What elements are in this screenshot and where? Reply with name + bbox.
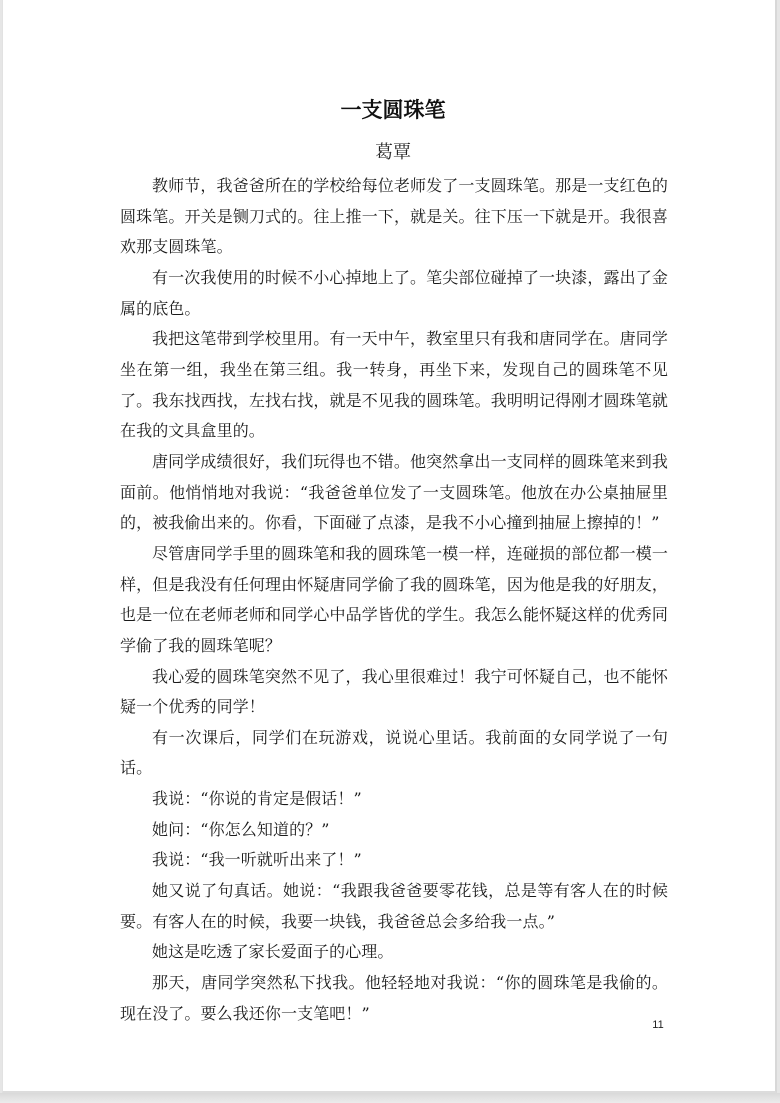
paragraph: 教师节，我爸爸所在的学校给每位老师发了一支圆珠笔。那是一支红色的圆珠笔。开关是铡… <box>120 171 668 263</box>
paragraph: 那天，唐同学突然私下找我。他轻轻地对我说：“你的圆珠笔是我偷的。现在没了。要么我… <box>120 968 668 1029</box>
author-name: 葛覃 <box>3 141 780 165</box>
paragraph: 她又说了句真话。她说：“我跟我爸爸要零花钱，总是等有客人在的时候要。有客人在的时… <box>120 876 668 937</box>
paragraph: 有一次我使用的时候不小心掉地上了。笔尖部位碰掉了一块漆，露出了金属的底色。 <box>120 263 668 324</box>
paragraph: 尽管唐同学手里的圆珠笔和我的圆珠笔一模一样，连碰损的部位都一模一样，但是我没有任… <box>120 539 668 662</box>
paragraph: 有一次课后，同学们在玩游戏，说说心里话。我前面的女同学说了一句话。 <box>120 723 668 784</box>
paragraph: 她问：“你怎么知道的？” <box>120 815 668 846</box>
paragraph: 唐同学成绩很好，我们玩得也不错。他突然拿出一支同样的圆珠笔来到我面前。他悄悄地对… <box>120 447 668 539</box>
paragraph: 我把这笔带到学校里用。有一天中午，教室里只有我和唐同学在。唐同学坐在第一组，我坐… <box>120 324 668 447</box>
page-bottom-shadow <box>0 1093 780 1103</box>
paragraph: 我说：“你说的肯定是假话！” <box>120 784 668 815</box>
page-number: 11 <box>643 1017 673 1033</box>
document-title: 一支圆珠笔 <box>3 96 780 124</box>
paragraph: 我心爱的圆珠笔突然不见了，我心里很难过！我宁可怀疑自己，也不能怀疑一个优秀的同学… <box>120 662 668 723</box>
document-body: 教师节，我爸爸所在的学校给每位老师发了一支圆珠笔。那是一支红色的圆珠笔。开关是铡… <box>120 171 668 1029</box>
paragraph: 她这是吃透了家长爱面子的心理。 <box>120 937 668 968</box>
paragraph: 我说：“我一听就听出来了！” <box>120 845 668 876</box>
document-page: 一支圆珠笔 葛覃 教师节，我爸爸所在的学校给每位老师发了一支圆珠笔。那是一支红色… <box>2 0 777 1093</box>
